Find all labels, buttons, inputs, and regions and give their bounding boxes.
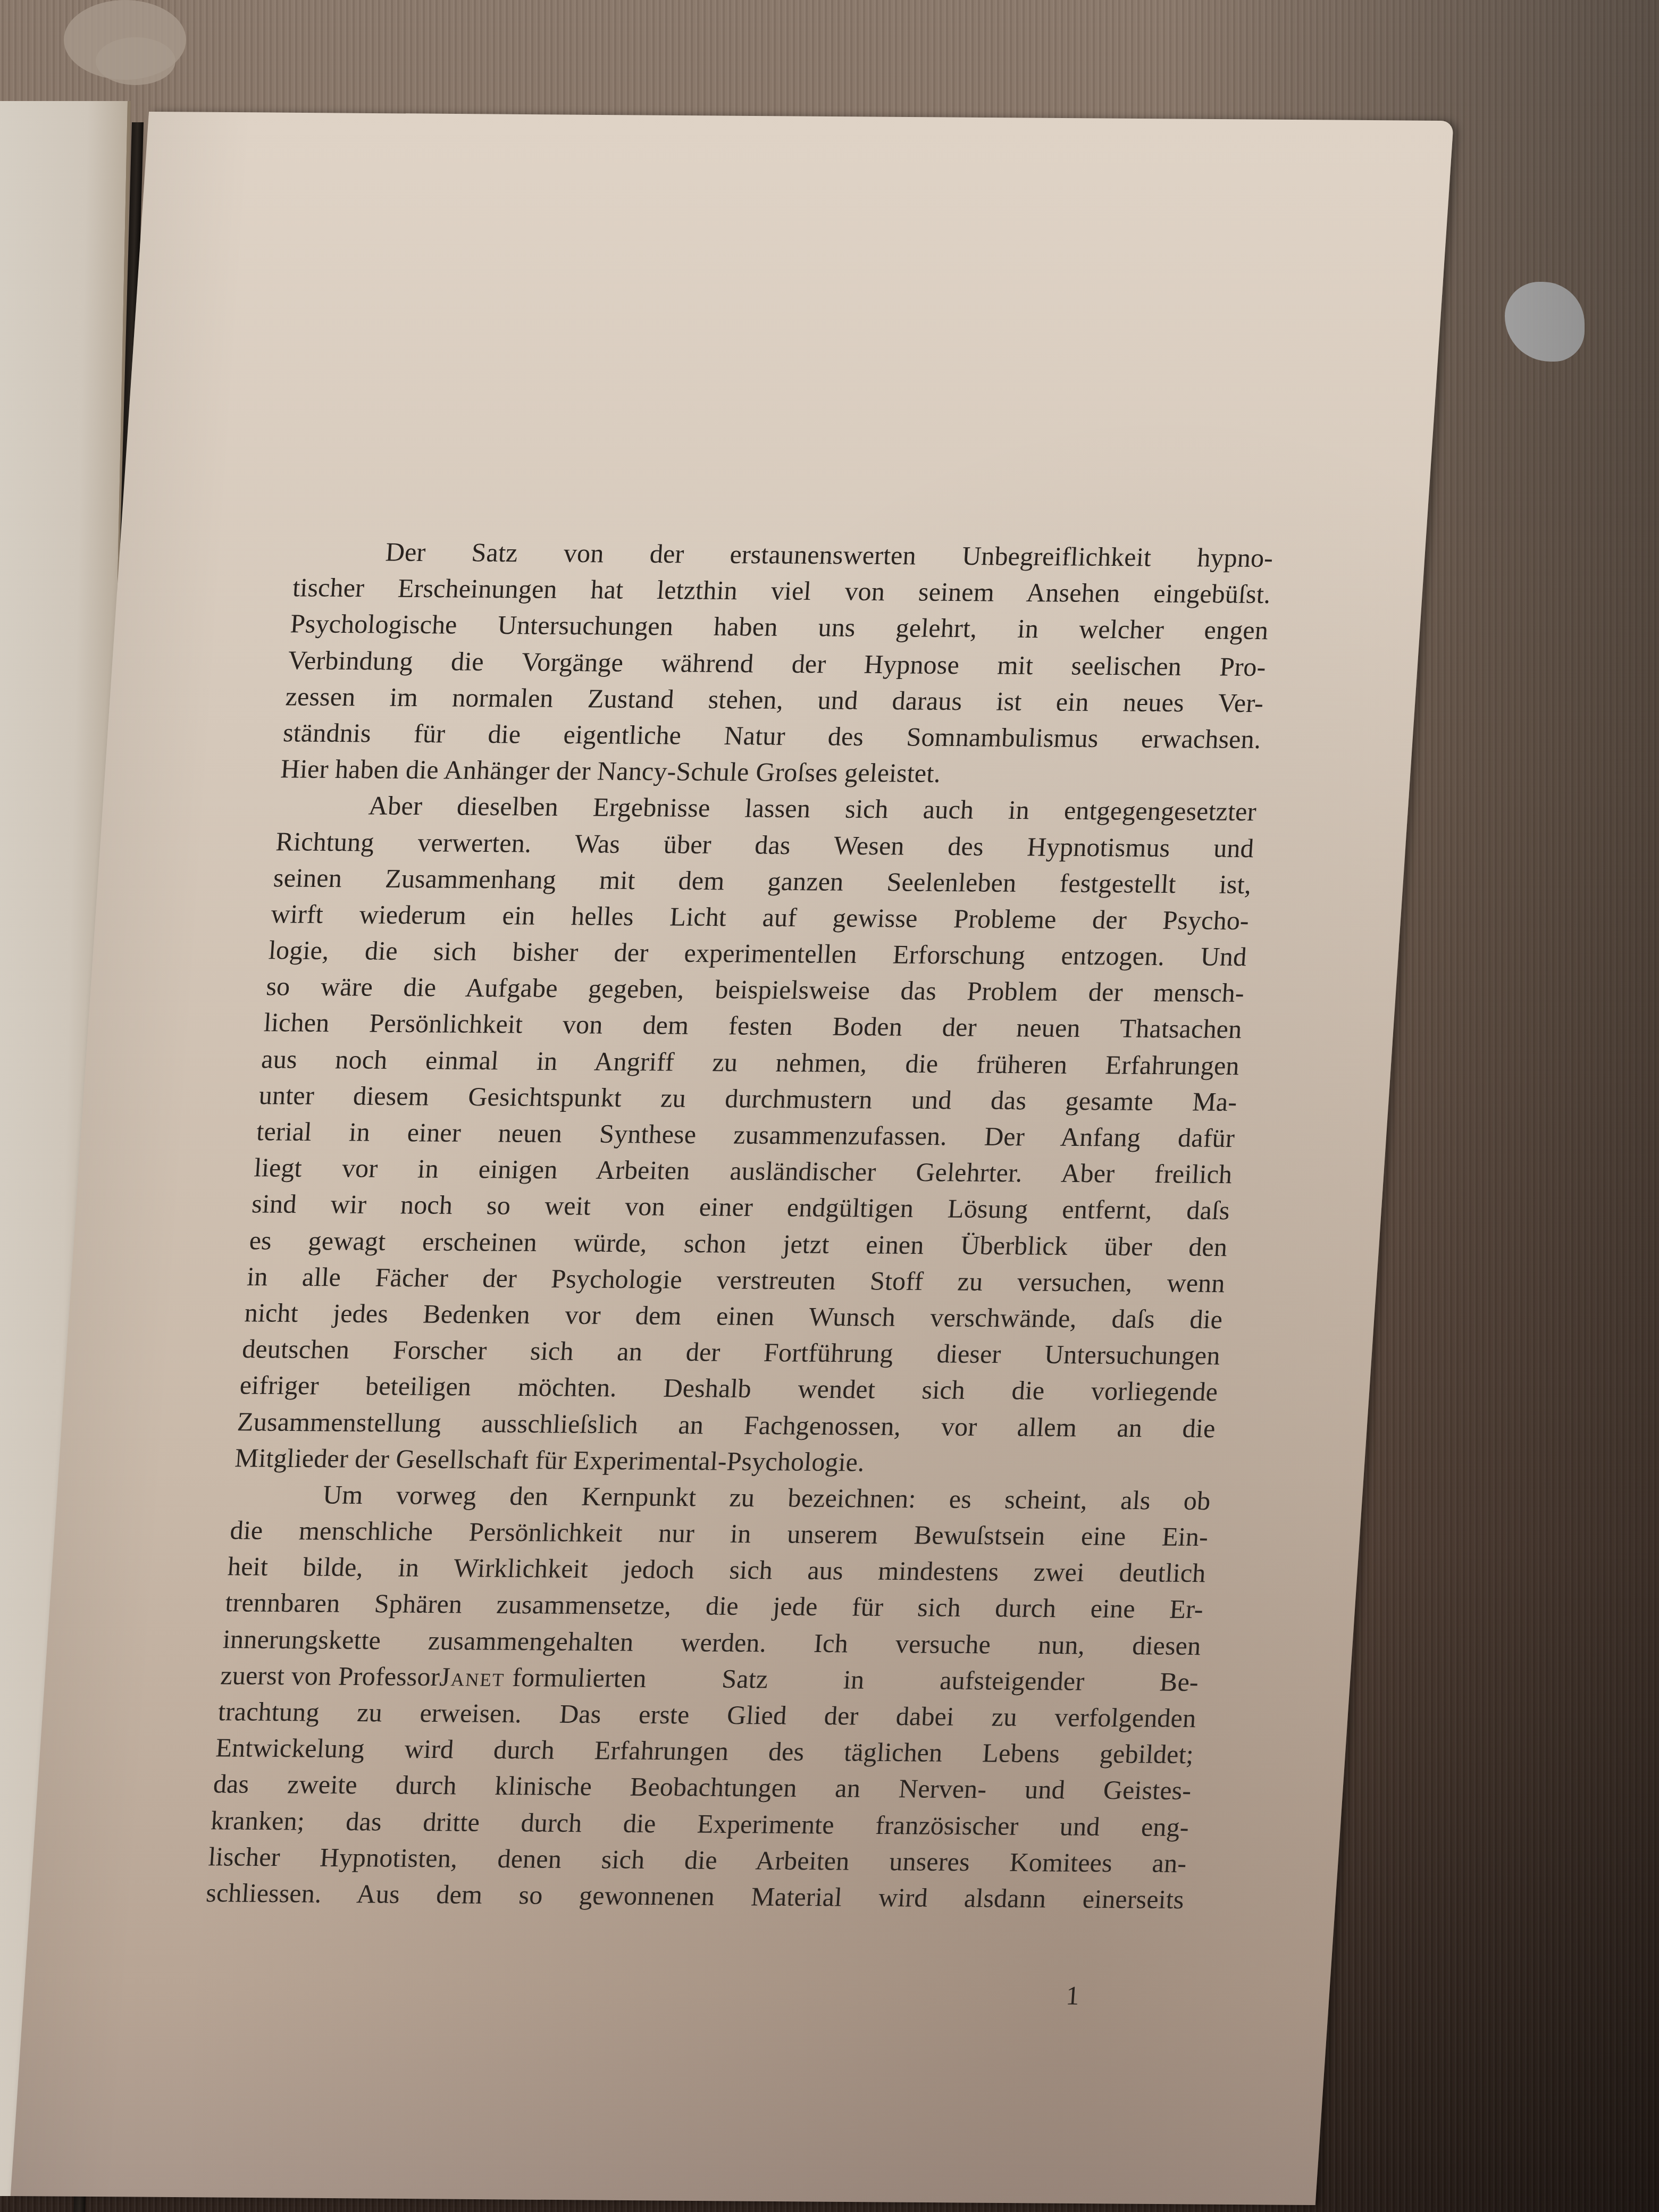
paragraph-2: Aber dieselben Ergebnisse lassen sich au…: [234, 787, 1258, 1482]
page-number: 1: [1065, 1980, 1080, 2011]
text-line: in alle Fächer der Psychologie verstreut…: [246, 1258, 1226, 1301]
text-line: logie, die sich bisher der experimentell…: [267, 932, 1248, 975]
author-name-janet: Janet: [439, 1658, 506, 1695]
text-line: Entwickelung wird durch Erfahrungen des …: [214, 1729, 1195, 1772]
book-page: Der Satz von der erstaunenswerten Unbegr…: [11, 112, 1454, 2205]
text-line: eifriger beteiligen möchten. Deshalb wen…: [239, 1367, 1219, 1410]
text-line: wirft wiederum ein helles Licht auf gewi…: [270, 895, 1251, 939]
paragraph-1: Der Satz von der erstaunenswerten Unbegr…: [280, 533, 1275, 793]
text-line: Richtung verwerten. Was über das Wesen d…: [275, 823, 1255, 866]
text-line: Der Satz von der erstaunenswerten Unbegr…: [294, 533, 1275, 576]
text-line: liegt vor in einigen Arbeiten ausländisc…: [253, 1149, 1234, 1192]
paragraph-3: Um vorweg den Kernpunkt zu bezeichnen: e…: [205, 1476, 1212, 1917]
paint-flake: [96, 37, 175, 85]
text-line: Verbindung die Vorgänge während der Hypn…: [287, 642, 1267, 685]
text-segment: formulierten Satz in aufsteigender Be-: [504, 1659, 1200, 1700]
text-line: deutschen Forscher sich an der Fortführu…: [241, 1330, 1221, 1373]
text-line: heit bilde, in Wirklichkeit jedoch sich …: [227, 1548, 1207, 1591]
text-line: es gewagt erscheinen würde, schon jetzt …: [248, 1222, 1229, 1265]
text-line-with-name: zuerst von Professor Janet formulierten …: [220, 1657, 1200, 1700]
text-line: ständnis für die eigentliche Natur des S…: [282, 714, 1262, 757]
text-line: Psychologische Untersuchungen haben uns …: [289, 606, 1270, 649]
text-line: lichen Persönlichkeit von dem festen Bod…: [263, 1004, 1243, 1048]
text-line: terial in einer neuen Synthese zusammenz…: [255, 1113, 1236, 1156]
text-line: das zweite durch klinische Beobachtungen…: [212, 1766, 1193, 1809]
text-line: nicht jedes Bedenken vor dem einen Wunsc…: [244, 1294, 1224, 1337]
text-line: unter diesem Gesichtspunkt zu durchmuste…: [258, 1077, 1238, 1120]
text-line: zessen im normalen Zustand stehen, und d…: [284, 678, 1265, 721]
text-line: tischer Erscheinungen hat letzthin viel …: [291, 569, 1272, 612]
text-line: die menschliche Persönlichkeit nur in un…: [229, 1512, 1210, 1555]
text-line: Aber dieselben Ergebnisse lassen sich au…: [277, 787, 1258, 830]
text-line: schliessen. Aus dem so gewonnenen Materi…: [205, 1874, 1185, 1917]
text-line: kranken; das dritte durch die Experiment…: [210, 1802, 1190, 1845]
text-line: so wäre die Aufgabe gegeben, beispielswe…: [265, 968, 1246, 1011]
text-line: seinen Zusammenhang mit dem ganzen Seele…: [272, 859, 1253, 902]
text-segment: zuerst von Professor: [220, 1657, 441, 1695]
text-line: Hier haben die Anhänger der Nancy-Schule…: [280, 750, 1260, 793]
text-line: trachtung zu erweisen. Das erste Glied d…: [217, 1693, 1197, 1736]
text-line: lischer Hypnotisten, denen sich die Arbe…: [207, 1838, 1188, 1881]
wood-knot-white-spot: [1505, 282, 1585, 362]
text-line: innerungskette zusammengehalten werden. …: [222, 1621, 1202, 1664]
page-text: Der Satz von der erstaunenswerten Unbegr…: [205, 533, 1274, 1917]
text-line: aus noch einmal in Angriff zu nehmen, di…: [261, 1041, 1241, 1084]
text-line: trennbaren Sphären zusammensetze, die je…: [224, 1585, 1205, 1628]
text-line: Mitglieder der Gesellschaft für Experime…: [234, 1439, 1214, 1482]
text-line: Um vorweg den Kernpunkt zu bezeichnen: e…: [231, 1476, 1212, 1519]
paint-flake: [64, 0, 186, 80]
text-line: Zusammenstellung ausschlieſslich an Fach…: [236, 1403, 1217, 1446]
text-line: sind wir noch so weit von einer endgülti…: [250, 1186, 1231, 1229]
